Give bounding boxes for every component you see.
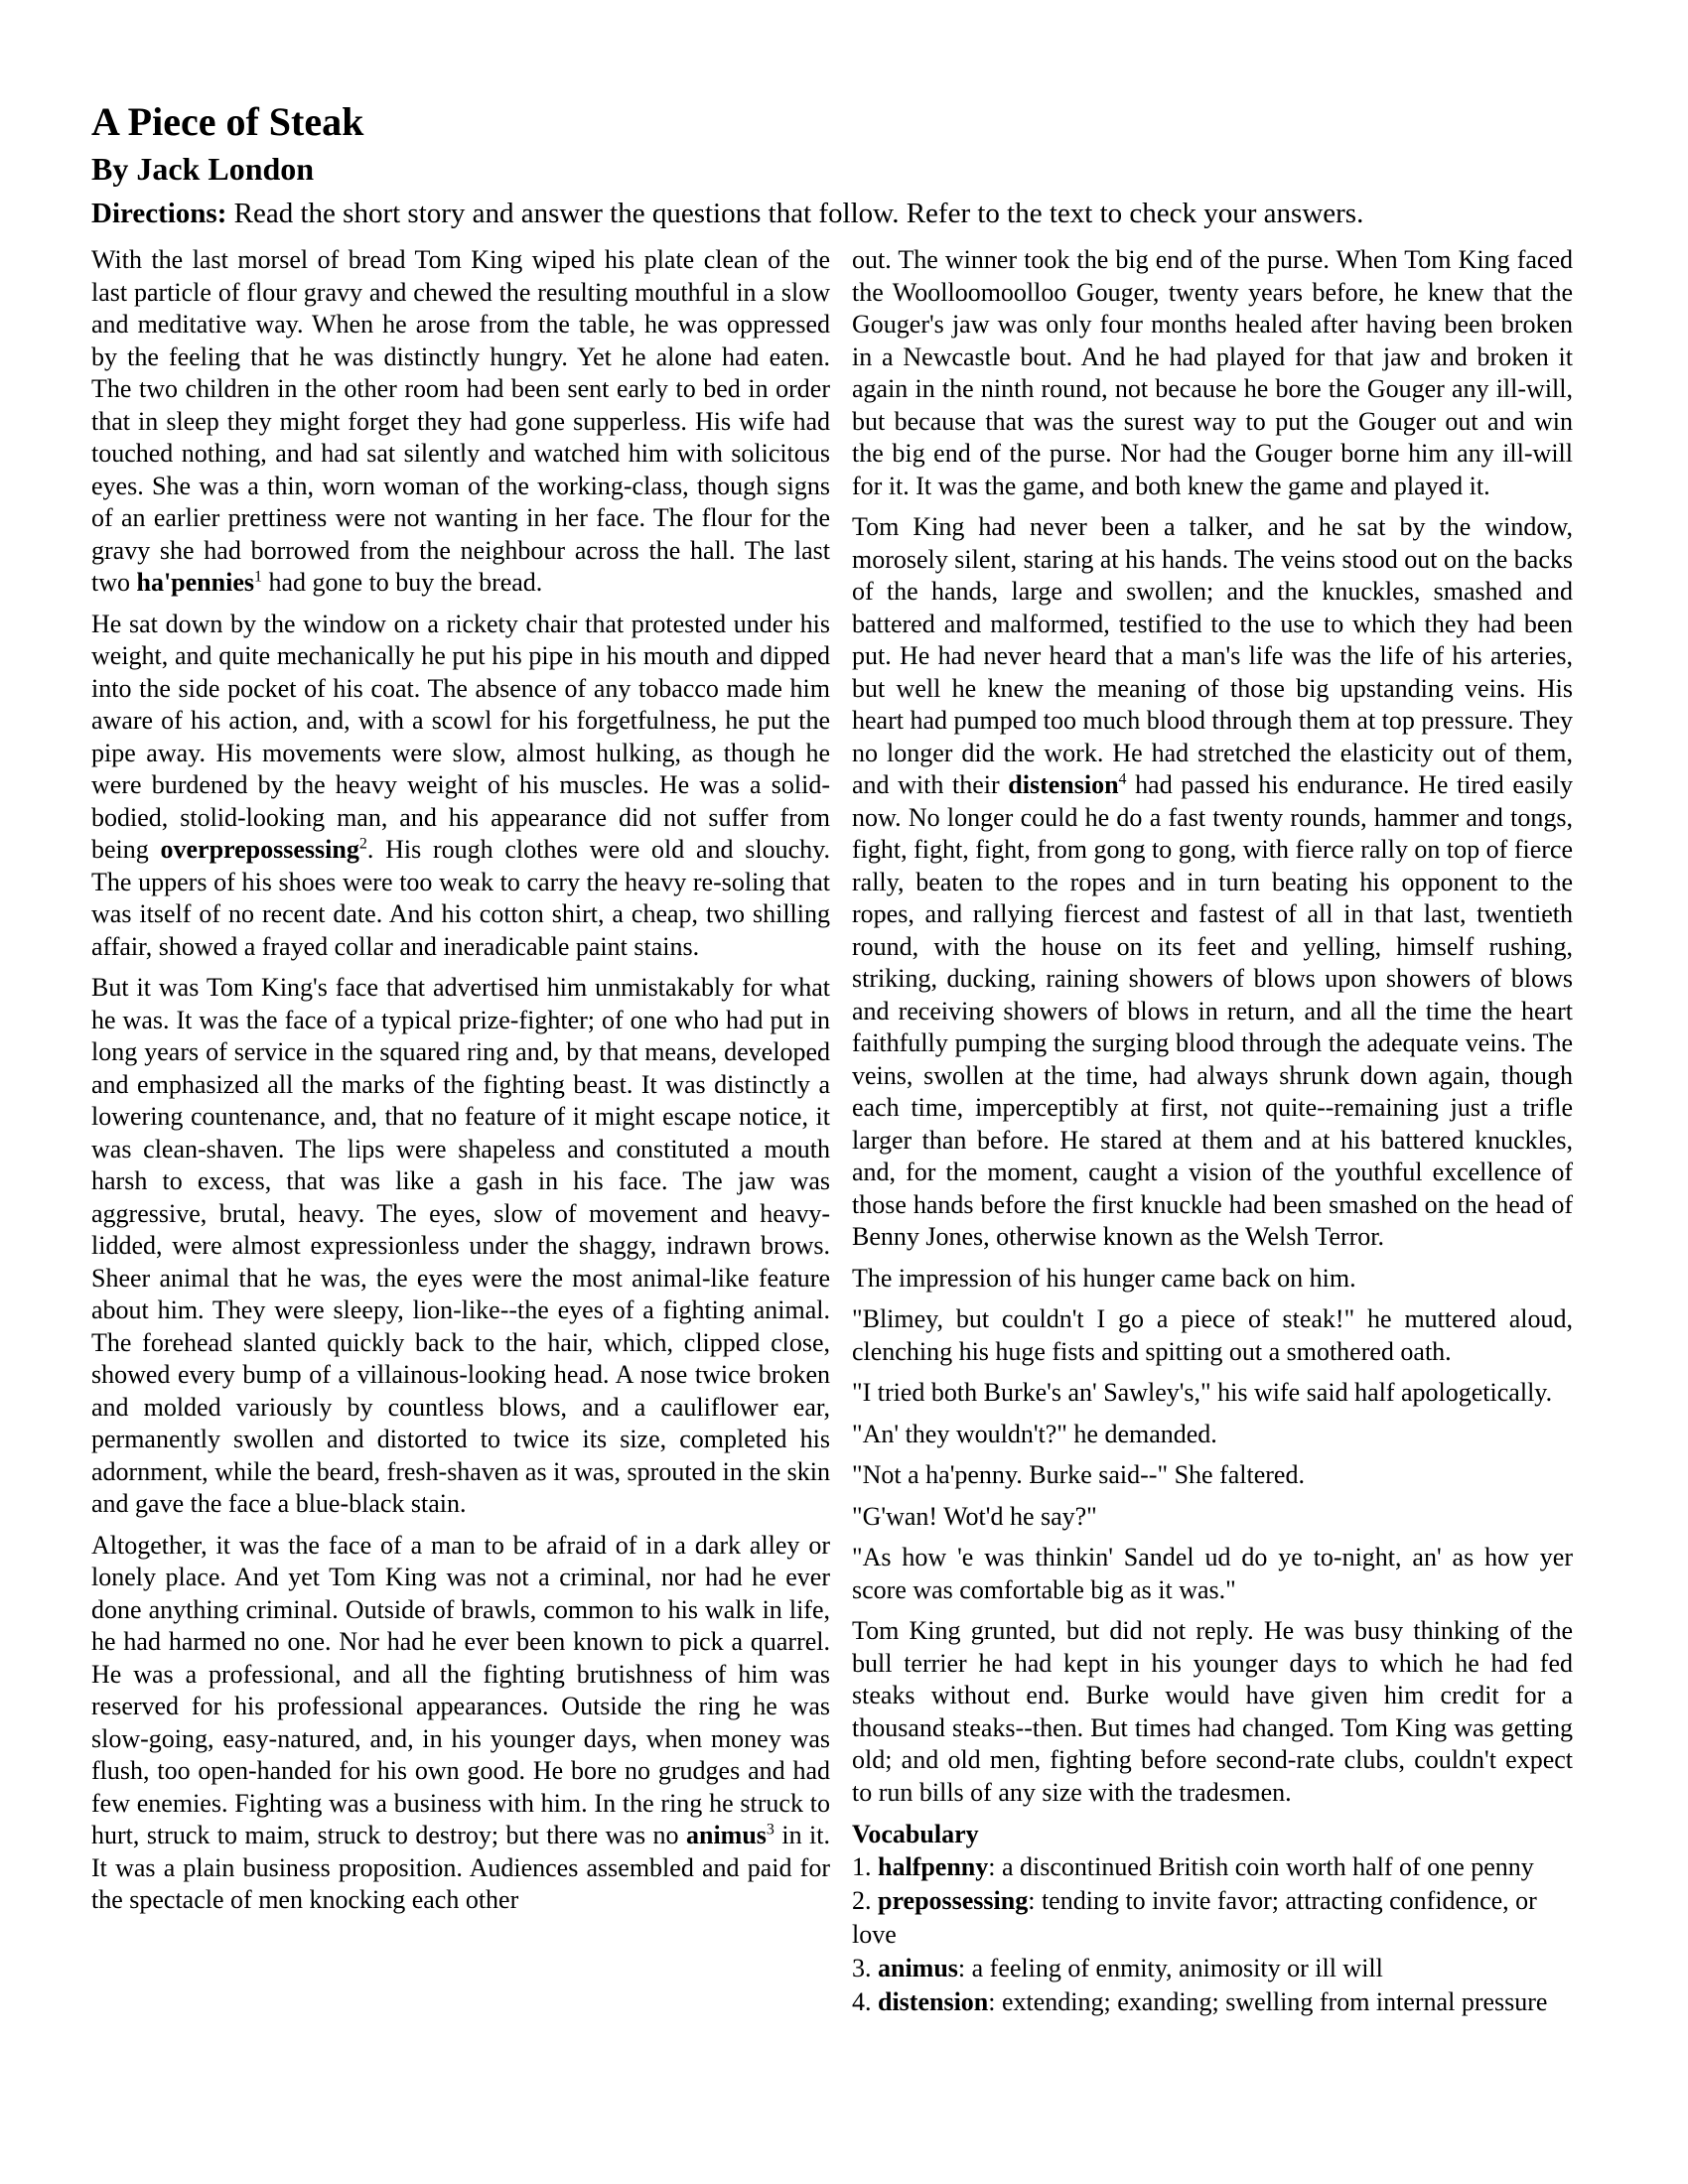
story-paragraph: He sat down by the window on a rickety c… xyxy=(91,609,830,964)
directions: Directions: Read the short story and ans… xyxy=(91,198,1574,230)
text-run: Altogether, it was the face of a man to … xyxy=(91,1531,830,1850)
text-run: "Not a ha'penny. Burke said--" She falte… xyxy=(852,1460,1305,1489)
text-run: With the last morsel of bread Tom King w… xyxy=(91,245,830,597)
text-run: "As how 'e was thinkin' Sandel ud do ye … xyxy=(852,1543,1573,1604)
text-run: He sat down by the window on a rickety c… xyxy=(91,610,830,865)
story-paragraph: "As how 'e was thinkin' Sandel ud do ye … xyxy=(852,1542,1573,1606)
story-paragraph: "An' they wouldn't?" he demanded. xyxy=(852,1419,1573,1451)
directions-label: Directions: xyxy=(91,198,226,229)
text-run: had passed his endurance. He tired easil… xyxy=(852,770,1573,1251)
footnote-ref: 1 xyxy=(254,568,262,585)
bold-term: ha'pennies xyxy=(137,568,255,597)
directions-text: Read the short story and answer the ques… xyxy=(234,198,1364,229)
story-paragraph: "Blimey, but couldn't I go a piece of st… xyxy=(852,1303,1573,1368)
story-paragraph: "G'wan! Wot'd he say?" xyxy=(852,1501,1573,1534)
text-run: "G'wan! Wot'd he say?" xyxy=(852,1502,1097,1531)
story-body: With the last morsel of bread Tom King w… xyxy=(91,244,1574,2019)
story-paragraph: With the last morsel of bread Tom King w… xyxy=(91,244,830,600)
vocabulary-definition: : extending; exanding; swelling from int… xyxy=(988,1987,1547,2016)
text-run: The impression of his hunger came back o… xyxy=(852,1264,1356,1293)
vocabulary-item: 2. prepossessing: tending to invite favo… xyxy=(852,1884,1573,1952)
vocabulary-term: prepossessing xyxy=(878,1886,1028,1915)
story-paragraph: "I tried both Burke's an' Sawley's," his… xyxy=(852,1377,1573,1410)
text-run: "An' they wouldn't?" he demanded. xyxy=(852,1420,1217,1448)
vocabulary-heading: Vocabulary xyxy=(852,1818,1573,1850)
text-run: Tom King had never been a talker, and he… xyxy=(852,512,1573,799)
vocabulary-term: halfpenny xyxy=(878,1852,988,1881)
footnote-ref: 2 xyxy=(359,835,367,852)
vocabulary-item-number: 4. xyxy=(852,1987,872,2016)
vocabulary-term: distension xyxy=(878,1987,988,2016)
vocabulary-item: 3. animus: a feeling of enmity, animosit… xyxy=(852,1952,1573,1985)
bold-term: overprepossessing xyxy=(161,835,359,864)
text-run: "Blimey, but couldn't I go a piece of st… xyxy=(852,1304,1573,1366)
vocabulary-term: animus xyxy=(878,1954,958,1982)
text-run: But it was Tom King's face that advertis… xyxy=(91,973,830,1518)
text-run: "I tried both Burke's an' Sawley's," his… xyxy=(852,1378,1552,1407)
vocabulary-item: 4. distension: extending; exanding; swel… xyxy=(852,1985,1573,2019)
story-paragraph: Tom King had never been a talker, and he… xyxy=(852,511,1573,1254)
vocabulary-item-number: 1. xyxy=(852,1852,872,1881)
header: A Piece of Steak By Jack London Directio… xyxy=(91,99,1574,230)
footnote-ref: 3 xyxy=(767,1821,774,1838)
text-run: Tom King grunted, but did not reply. He … xyxy=(852,1616,1573,1807)
left-column: With the last morsel of bread Tom King w… xyxy=(91,244,830,1926)
story-paragraph: Altogether, it was the face of a man to … xyxy=(91,1530,830,1917)
vocabulary-definition: : a discontinued British coin worth half… xyxy=(988,1852,1534,1881)
text-run: out. The winner took the big end of the … xyxy=(852,245,1573,500)
vocabulary-item-number: 3. xyxy=(852,1954,872,1982)
byline: By Jack London xyxy=(91,151,1574,188)
story-paragraph: out. The winner took the big end of the … xyxy=(852,244,1573,502)
footnote-ref: 4 xyxy=(1119,770,1127,787)
bold-term: distension xyxy=(1008,770,1118,799)
text-run: had gone to buy the bread. xyxy=(262,568,542,597)
bold-term: animus xyxy=(686,1821,767,1849)
right-column: out. The winner took the big end of the … xyxy=(852,244,1573,2019)
worksheet-page: A Piece of Steak By Jack London Directio… xyxy=(0,0,1688,2184)
page-title: A Piece of Steak xyxy=(91,99,1574,145)
story-paragraph: "Not a ha'penny. Burke said--" She falte… xyxy=(852,1459,1573,1492)
story-paragraph: The impression of his hunger came back o… xyxy=(852,1263,1573,1296)
story-paragraph: But it was Tom King's face that advertis… xyxy=(91,972,830,1521)
story-paragraph: Tom King grunted, but did not reply. He … xyxy=(852,1615,1573,1809)
vocabulary-definition: : a feeling of enmity, animosity or ill … xyxy=(958,1954,1383,1982)
vocabulary-item-number: 2. xyxy=(852,1886,872,1915)
vocabulary-item: 1. halfpenny: a discontinued British coi… xyxy=(852,1850,1573,1884)
